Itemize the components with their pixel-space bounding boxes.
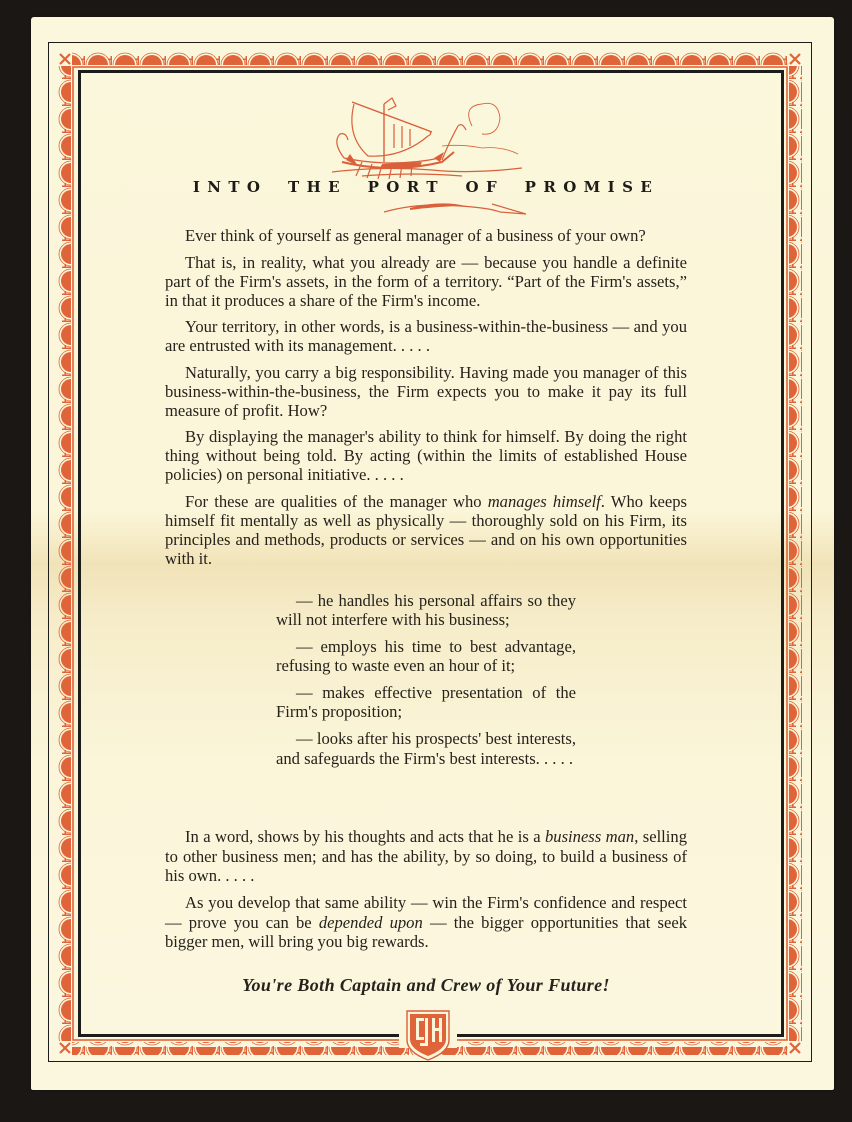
- emphasis-text: business man: [545, 827, 634, 846]
- list-item: — employs his time to best advantage, re…: [276, 637, 576, 676]
- list-item: — he handles his personal affairs so the…: [276, 591, 576, 630]
- paragraph: That is, in reality, what you already ar…: [165, 253, 687, 310]
- paragraph: Your territory, in other words, is a bus…: [165, 317, 687, 355]
- document-body-conclusion: In a word, shows by his thoughts and act…: [165, 827, 687, 959]
- qualities-list: — he handles his personal affairs so the…: [276, 591, 576, 775]
- paragraph: In a word, shows by his thoughts and act…: [165, 827, 687, 886]
- swash-ornament-icon: [380, 198, 530, 218]
- list-item: — makes effective presentation of the Fi…: [276, 683, 576, 722]
- list-item: — looks after his prospects' best intere…: [276, 729, 576, 768]
- crest-logo: [405, 1008, 451, 1062]
- document-title: INTO THE PORT OF PROMISE: [160, 178, 692, 196]
- paragraph: As you develop that same ability — win t…: [165, 893, 687, 952]
- emphasis-text: depended upon: [319, 913, 423, 932]
- monogram-shield-icon: [405, 1008, 451, 1062]
- paragraph: Naturally, you carry a big responsibilit…: [165, 363, 687, 420]
- closing-slogan: You're Both Captain and Crew of Your Fut…: [160, 975, 692, 996]
- paragraph-text: For these are qualities of the manager w…: [185, 492, 488, 511]
- sailing-ship-icon: [322, 96, 532, 182]
- emphasis-text: manages himself: [488, 492, 601, 511]
- document-body: Ever think of yourself as general manage…: [165, 226, 687, 575]
- paragraph: Ever think of yourself as general manage…: [165, 226, 687, 245]
- paragraph: By displaying the manager's ability to t…: [165, 427, 687, 484]
- paragraph: For these are qualities of the manager w…: [165, 492, 687, 568]
- paragraph-text: In a word, shows by his thoughts and act…: [185, 827, 545, 846]
